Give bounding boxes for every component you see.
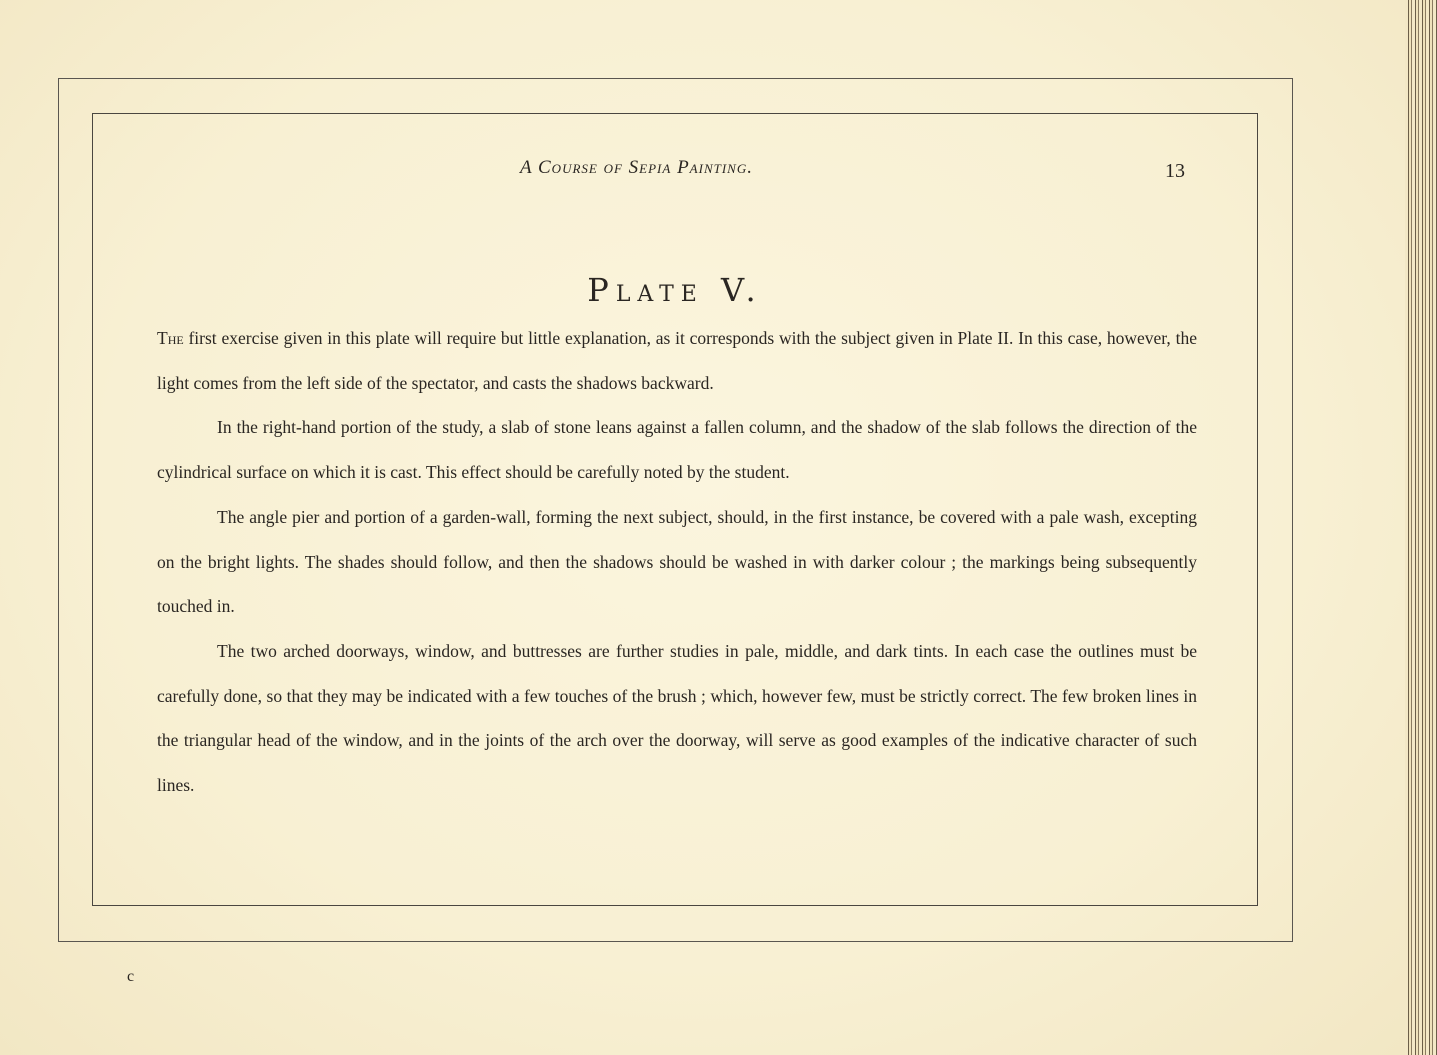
paragraph-4: The two arched doorways, window, and but… [157, 629, 1197, 808]
running-head: A Course of Sepia Painting. [520, 157, 753, 179]
paragraph-1-text: first exercise given in this plate will … [157, 328, 1197, 393]
paragraph-3: The angle pier and portion of a garden-w… [157, 495, 1197, 629]
body-text: The first exercise given in this plate w… [157, 316, 1197, 808]
book-page-edges [1405, 0, 1437, 1055]
signature-mark: c [127, 968, 134, 986]
page-number: 13 [1165, 160, 1185, 183]
paragraph-lead-word: The [157, 328, 184, 348]
paragraph-1: The first exercise given in this plate w… [157, 316, 1197, 405]
paragraph-2: In the right-hand portion of the study, … [157, 405, 1197, 494]
plate-title: Plate V. [0, 271, 1350, 309]
